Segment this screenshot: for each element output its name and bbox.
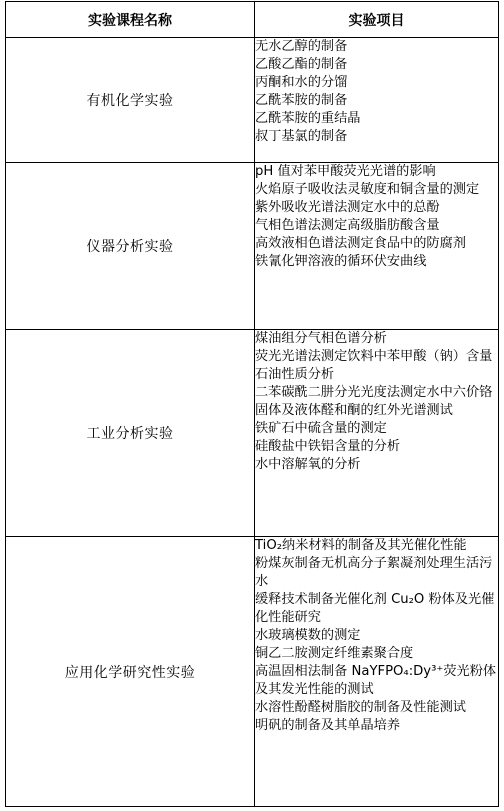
course-name-cell: 有机化学实验 — [6, 38, 255, 163]
experiment-item: 硅酸盐中铁铝含量的分析 — [255, 438, 498, 456]
table-header-row: 实验课程名称 实验项目 — [6, 2, 499, 38]
table-row: 应用化学研究性实验 TiO₂纳米材料的制备及其光催化性能 粉煤灰制备无机高分子絮… — [6, 537, 499, 807]
course-name-cell: 应用化学研究性实验 — [6, 537, 255, 807]
header-course-name: 实验课程名称 — [6, 2, 255, 38]
experiment-items-cell: pH 值对苯甲酸荧光光谱的影响 火焰原子吸收法灵敏度和铜含量的测定 紫外吸收光谱… — [255, 163, 499, 330]
experiment-item: 高温固相法制备 NaYFPO₄:Dy³⁺荧光粉体及其发光性能的测试 — [255, 663, 498, 699]
experiment-item: 铁氰化钾溶液的循环伏安曲线 — [255, 253, 498, 271]
experiment-item: 高效液相色谱法测定食品中的防腐剂 — [255, 235, 498, 253]
course-name-cell: 仪器分析实验 — [6, 163, 255, 330]
experiment-item: 紫外吸收光谱法测定水中的总酚 — [255, 199, 498, 217]
experiment-item: 无水乙醇的制备 — [255, 38, 498, 56]
experiment-item: 水玻璃模数的测定 — [255, 627, 498, 645]
experiment-item: TiO₂纳米材料的制备及其光催化性能 — [255, 537, 498, 555]
experiment-item: 气相色谱法测定高级脂肪酸含量 — [255, 217, 498, 235]
experiment-item: 水溶性酚醛树脂胶的制备及性能测试 — [255, 699, 498, 717]
experiment-item: 粉煤灰制备无机高分子絮凝剂处理生活污水 — [255, 555, 498, 591]
table-row: 仪器分析实验 pH 值对苯甲酸荧光光谱的影响 火焰原子吸收法灵敏度和铜含量的测定… — [6, 163, 499, 330]
experiment-item: 乙酰苯胺的制备 — [255, 92, 498, 110]
table-row: 工业分析实验 煤油组分气相色谱分析 荧光光谱法测定饮料中苯甲酸（钠）含量 石油性… — [6, 330, 499, 537]
experiment-items-cell: 煤油组分气相色谱分析 荧光光谱法测定饮料中苯甲酸（钠）含量 石油性质分析 二苯碳… — [255, 330, 499, 537]
experiment-item: 丙酮和水的分馏 — [255, 74, 498, 92]
experiment-item: pH 值对苯甲酸荧光光谱的影响 — [255, 163, 498, 181]
experiment-item: 乙酰苯胺的重结晶 — [255, 110, 498, 128]
experiment-item: 叔丁基氯的制备 — [255, 128, 498, 146]
experiment-item: 水中溶解氧的分析 — [255, 456, 498, 474]
experiment-items-cell: TiO₂纳米材料的制备及其光催化性能 粉煤灰制备无机高分子絮凝剂处理生活污水 缓… — [255, 537, 499, 807]
experiment-item: 固体及液体醛和酮的红外光谱测试 — [255, 402, 498, 420]
experiment-item: 缓释技术制备光催化剂 Cu₂O 粉体及光催化性能研究 — [255, 591, 498, 627]
experiment-items-cell: 无水乙醇的制备 乙酸乙酯的制备 丙酮和水的分馏 乙酰苯胺的制备 乙酰苯胺的重结晶… — [255, 38, 499, 163]
experiment-item: 石油性质分析 — [255, 366, 498, 384]
experiment-item: 铜乙二胺测定纤维素聚合度 — [255, 645, 498, 663]
experiment-course-table: 实验课程名称 实验项目 有机化学实验 无水乙醇的制备 乙酸乙酯的制备 丙酮和水的… — [5, 1, 499, 807]
experiment-item: 乙酸乙酯的制备 — [255, 56, 498, 74]
experiment-item: 煤油组分气相色谱分析 — [255, 330, 498, 348]
experiment-item: 明矾的制备及其单晶培养 — [255, 717, 498, 735]
course-name-cell: 工业分析实验 — [6, 330, 255, 537]
experiment-item: 火焰原子吸收法灵敏度和铜含量的测定 — [255, 181, 498, 199]
experiment-item: 二苯碳酰二肼分光光度法测定水中六价铬 — [255, 384, 498, 402]
header-experiment-items: 实验项目 — [255, 2, 499, 38]
experiment-item: 荧光光谱法测定饮料中苯甲酸（钠）含量 — [255, 348, 498, 366]
experiment-item: 铁矿石中硫含量的测定 — [255, 420, 498, 438]
table-row: 有机化学实验 无水乙醇的制备 乙酸乙酯的制备 丙酮和水的分馏 乙酰苯胺的制备 乙… — [6, 38, 499, 163]
